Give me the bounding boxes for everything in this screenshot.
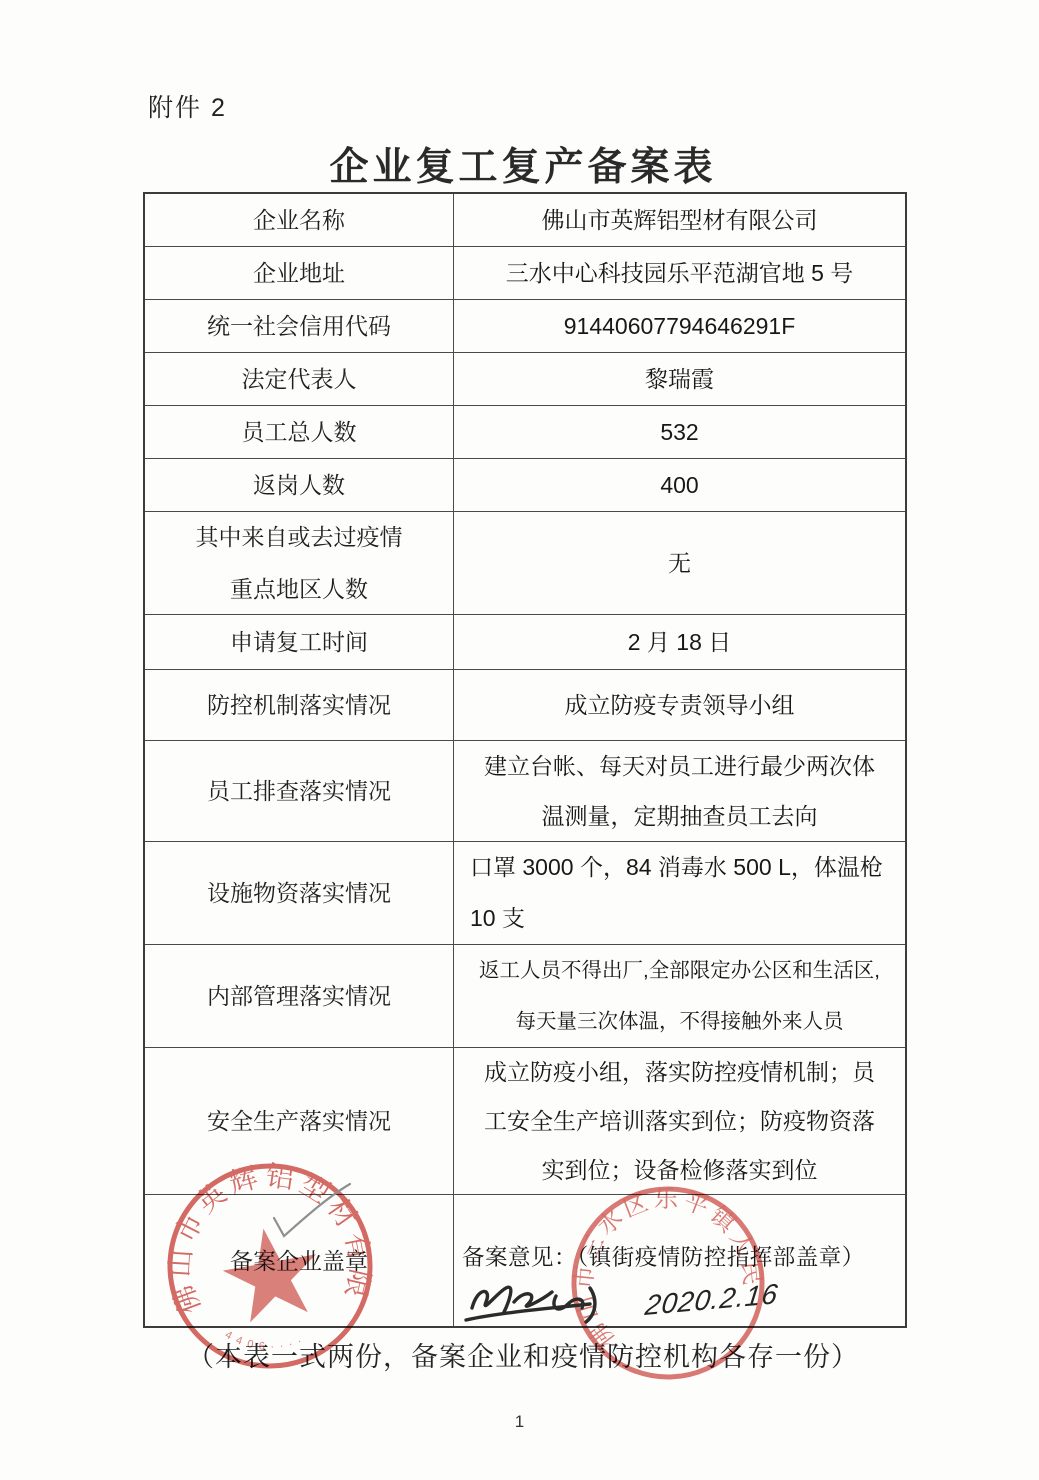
table-row: 员工排查落实情况 建立台帐、每天对员工进行最少两次体 温测量，定期抽查员工去向 bbox=[145, 740, 905, 841]
table-row: 防控机制落实情况 成立防疫专责领导小组 bbox=[145, 669, 905, 740]
page-number: 1 bbox=[0, 1412, 1039, 1432]
filing-opinion-text: 备案意见：（镇街疫情防控指挥部盖章） bbox=[462, 1243, 902, 1273]
table-row: 内部管理落实情况 返工人员不得出厂,全部限定办公区和生活区, 每天量三次体温，不… bbox=[145, 944, 905, 1047]
table-row: 统一社会信用代码 91440607794646291F bbox=[145, 299, 905, 352]
row-value-cell: 532 bbox=[454, 406, 905, 458]
table-row: 企业名称 佛山市英辉铝型材有限公司 bbox=[145, 194, 905, 246]
row-value-cell: 400 bbox=[454, 459, 905, 511]
table-row: 员工总人数 532 bbox=[145, 405, 905, 458]
row-value-cell: 返工人员不得出厂,全部限定办公区和生活区, 每天量三次体温，不得接触外来人员 bbox=[454, 945, 905, 1047]
table-row: 设施物资落实情况 口罩 3000 个，84 消毒水 500 L，体温枪 10 支 bbox=[145, 841, 905, 944]
row-value-cell: 2 月 18 日 bbox=[454, 615, 905, 669]
row-value-cell: 成立防疫专责领导小组 bbox=[454, 670, 905, 740]
row-label-cell: 法定代表人 bbox=[145, 353, 454, 405]
scanned-document-page: 附件 2 企业复工复产备案表 企业名称 佛山市英辉铝型材有限公司 企业地址 三水… bbox=[0, 0, 1039, 1480]
row-label-cell: 企业地址 bbox=[145, 247, 454, 299]
row-value-cell: 无 bbox=[454, 512, 905, 614]
footer-note: （本表一式两份，备案企业和疫情防控机构各存一份） bbox=[0, 1335, 1039, 1374]
table-row: 安全生产落实情况 成立防疫小组，落实防控疫情机制；员 工安全生产培训落实到位；防… bbox=[145, 1047, 905, 1194]
company-seal-cell-label: 备案企业盖章 bbox=[145, 1195, 454, 1326]
row-label-cell: 安全生产落实情况 bbox=[145, 1048, 454, 1194]
row-label-cell: 员工总人数 bbox=[145, 406, 454, 458]
row-label-cell: 内部管理落实情况 bbox=[145, 945, 454, 1047]
row-value-cell: 91440607794646291F bbox=[454, 300, 905, 352]
row-label-cell: 设施物资落实情况 bbox=[145, 842, 454, 944]
table-row: 返岗人数 400 bbox=[145, 458, 905, 511]
row-label-cell: 企业名称 bbox=[145, 194, 454, 246]
table-row-seal: 备案企业盖章 备案意见：（镇街疫情防控指挥部盖章） bbox=[145, 1194, 905, 1326]
attachment-label: 附件 2 bbox=[148, 88, 227, 124]
row-label-cell: 防控机制落实情况 bbox=[145, 670, 454, 740]
table-row: 申请复工时间 2 月 18 日 bbox=[145, 614, 905, 669]
row-label-cell: 其中来自或去过疫情 重点地区人数 bbox=[145, 512, 454, 614]
row-value-cell: 佛山市英辉铝型材有限公司 bbox=[454, 194, 905, 246]
table-row: 企业地址 三水中心科技园乐平范湖官地 5 号 bbox=[145, 246, 905, 299]
row-value-cell: 三水中心科技园乐平范湖官地 5 号 bbox=[454, 247, 905, 299]
table-row: 其中来自或去过疫情 重点地区人数 无 bbox=[145, 511, 905, 614]
table-row: 法定代表人 黎瑞霞 bbox=[145, 352, 905, 405]
row-label-cell: 员工排查落实情况 bbox=[145, 741, 454, 841]
filing-form-table: 企业名称 佛山市英辉铝型材有限公司 企业地址 三水中心科技园乐平范湖官地 5 号… bbox=[143, 192, 907, 1328]
page-title: 企业复工复产备案表 bbox=[0, 136, 1039, 192]
row-value-cell: 建立台帐、每天对员工进行最少两次体 温测量，定期抽查员工去向 bbox=[454, 741, 905, 841]
row-value-cell: 口罩 3000 个，84 消毒水 500 L，体温枪 10 支 bbox=[454, 842, 905, 944]
row-label-cell: 返岗人数 bbox=[145, 459, 454, 511]
row-label-cell: 统一社会信用代码 bbox=[145, 300, 454, 352]
row-value-cell: 成立防疫小组，落实防控疫情机制；员 工安全生产培训落实到位；防疫物资落 实到位；… bbox=[454, 1048, 905, 1194]
row-value-cell: 黎瑞霞 bbox=[454, 353, 905, 405]
row-label-cell: 申请复工时间 bbox=[145, 615, 454, 669]
